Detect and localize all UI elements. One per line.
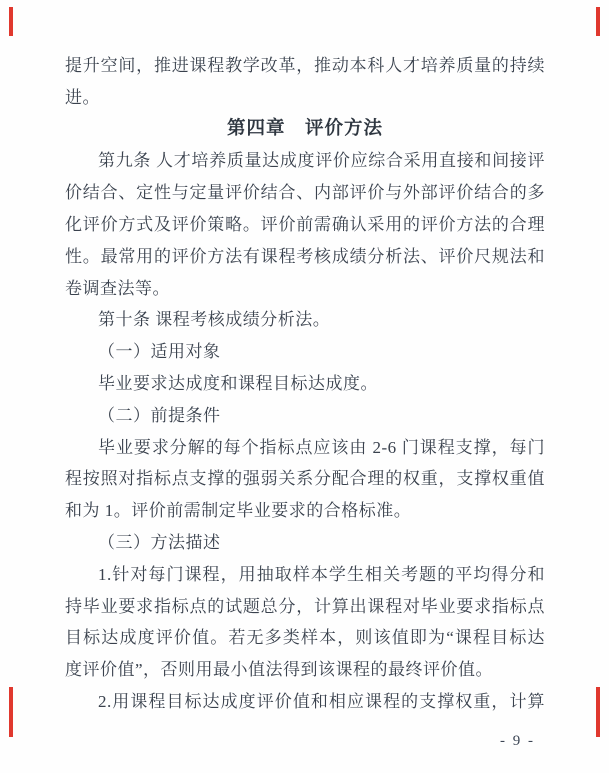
text-line: 性。最常用的评价方法有课程考核成绩分析法、评价尺规法和问 (65, 241, 545, 273)
text-line: 卷调查法等。 (65, 273, 545, 305)
text-line: 化评价方式及评价策略。评价前需确认采用的评价方法的合理 (65, 209, 545, 241)
text-line: 毕业要求达成度和课程目标达成度。 (65, 368, 545, 400)
text-line: 2.用课程目标达成度评价值和相应课程的支撑权重，计算出 (65, 686, 545, 718)
crop-mark-top-left (9, 7, 13, 36)
crop-mark-bottom-left (9, 687, 13, 737)
chapter-heading: 第四章 评价方法 (65, 114, 545, 146)
text-line: 第十条 课程考核成绩分析法。 (65, 304, 545, 336)
text-line: （三）方法描述 (65, 527, 545, 559)
crop-mark-top-right (596, 7, 600, 36)
text-line: 进。 (65, 82, 545, 114)
text-line: 程按照对指标点支撑的强弱关系分配合理的权重，支撑权重值之 (65, 463, 545, 495)
text-line: 和为 1。评价前需制定毕业要求的合格标准。 (65, 495, 545, 527)
text-line: 提升空间，推进课程教学改革，推动本科人才培养质量的持续改 (65, 50, 545, 82)
text-line: 度评价值”，否则用最小值法得到该课程的最终评价值。 (65, 654, 545, 686)
text-line: 第九条 人才培养质量达成度评价应综合采用直接和间接评 (65, 145, 545, 177)
text-line: 目标达成度评价值。若无多类样本，则该值即为“课程目标达成 (65, 622, 545, 654)
text-line: 毕业要求分解的每个指标点应该由 2-6 门课程支撑，每门课 (65, 432, 545, 464)
text-line: （二）前提条件 (65, 400, 545, 432)
page-number: - 9 - (500, 733, 535, 750)
text-line: 1.针对每门课程，用抽取样本学生相关考题的平均得分和支 (65, 559, 545, 591)
text-line: 持毕业要求指标点的试题总分，计算出课程对毕业要求指标点的 (65, 591, 545, 623)
crop-mark-bottom-right (596, 687, 600, 737)
document-page: 提升空间，推进课程教学改革，推动本科人才培养质量的持续改 进。 第四章 评价方法… (0, 0, 609, 773)
body-text: 提升空间，推进课程教学改革，推动本科人才培养质量的持续改 进。 第四章 评价方法… (65, 50, 545, 718)
text-line: （一）适用对象 (65, 336, 545, 368)
text-line: 价结合、定性与定量评价结合、内部评价与外部评价结合的多样 (65, 177, 545, 209)
